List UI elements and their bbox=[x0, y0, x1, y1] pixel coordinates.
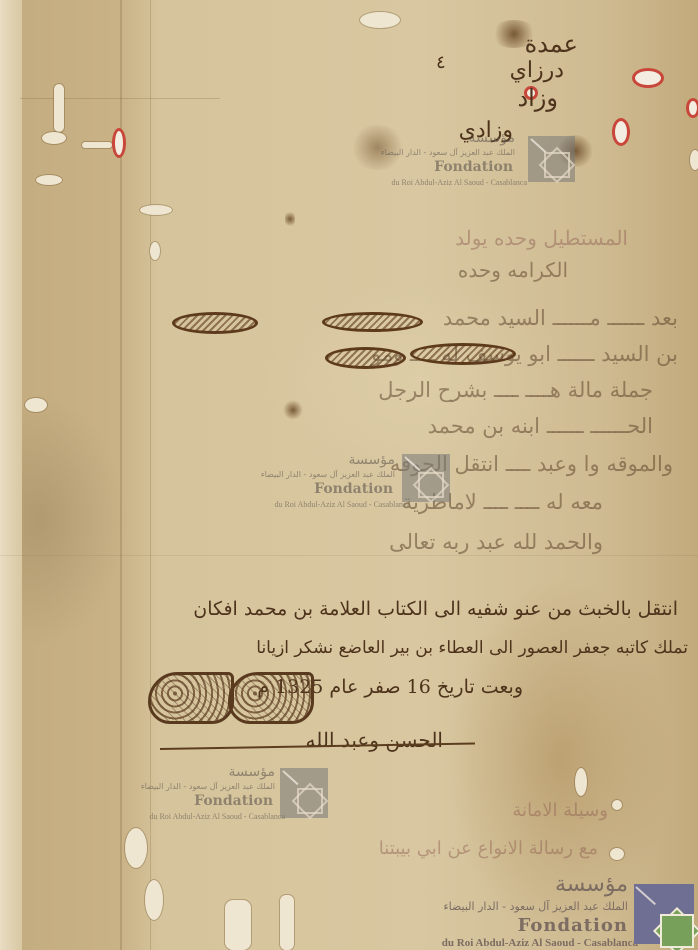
worm-hole bbox=[610, 848, 624, 860]
fondation-watermark-main: مؤسسة الملك عبد العزيز آل سعود - الدار ا… bbox=[400, 872, 698, 950]
watermark-french-title: Fondation bbox=[518, 915, 628, 936]
fondation-logo-icon bbox=[402, 454, 450, 502]
worm-hole bbox=[125, 828, 147, 868]
watermark-arabic-subtitle: الملك عبد العزيز آل سعود - الدار البيضاء bbox=[141, 782, 275, 791]
ink-stain bbox=[285, 210, 295, 228]
worm-hole bbox=[612, 800, 622, 810]
ink-stain bbox=[283, 400, 303, 420]
faint-line: المستطيل وحده يولد bbox=[455, 226, 628, 250]
note-line: عمدة bbox=[525, 30, 578, 58]
watermark-arabic-title: مؤسسة bbox=[555, 872, 628, 897]
body-line: الحــــــ ــــــ ابنه بن محمد bbox=[428, 414, 653, 438]
worm-hole bbox=[225, 900, 251, 950]
watermark-arabic-subtitle: الملك عبد العزيز آل سعود - الدار البيضاء bbox=[381, 148, 515, 157]
fondation-logo-icon bbox=[634, 884, 694, 944]
manuscript-page: عمدة درزاي وزاد وزادي ٤ المستطيل وحده يو… bbox=[0, 0, 698, 950]
watermark-french-title: Fondation bbox=[434, 159, 513, 175]
worm-hole bbox=[54, 84, 64, 132]
struck-out-word bbox=[322, 312, 423, 332]
horizontal-fold bbox=[0, 555, 698, 556]
watermark-arabic-title: مؤسسة bbox=[349, 452, 395, 468]
torn-left-edge bbox=[0, 0, 22, 950]
watermark-arabic-subtitle: الملك عبد العزيز آل سعود - الدار البيضاء bbox=[443, 900, 628, 913]
watermark-french-title: Fondation bbox=[194, 793, 273, 809]
body-line: جملة مالة هــــ ــــ بشرح الرجل bbox=[378, 378, 653, 402]
red-ink-mark bbox=[612, 118, 630, 146]
worm-hole bbox=[145, 880, 163, 920]
fondation-logo-icon bbox=[528, 136, 575, 182]
worm-hole bbox=[690, 150, 698, 170]
page-number: ٤ bbox=[436, 52, 446, 73]
fondation-watermark: مؤسسة الملك عبد العزيز آل سعود - الدار ا… bbox=[345, 130, 575, 190]
worm-hole bbox=[36, 175, 62, 185]
watermark-french-subtitle: du Roi Abdul-Aziz Al Saoud - Casablanca bbox=[274, 500, 410, 509]
fondation-watermark: مؤسسة الملك عبد العزيز آل سعود - الدار ا… bbox=[230, 452, 455, 512]
red-ink-mark bbox=[632, 68, 664, 88]
faint-line: الكرامه وحده bbox=[458, 258, 568, 282]
watermark-french-title: Fondation bbox=[314, 481, 393, 497]
seal-stamp bbox=[148, 672, 234, 724]
horizontal-fold bbox=[20, 98, 220, 99]
struck-out-word bbox=[172, 312, 258, 334]
watermark-arabic-subtitle: الملك عبد العزيز آل سعود - الدار البيضاء bbox=[261, 470, 395, 479]
seal-stamp bbox=[228, 672, 314, 724]
note-line: درزاي bbox=[510, 58, 564, 83]
worm-hole bbox=[82, 142, 112, 148]
faint-line: وسيلة الامانة bbox=[512, 800, 608, 821]
worm-hole bbox=[25, 398, 47, 412]
watermark-french-subtitle: du Roi Abdul-Aziz Al Saoud - Casablanca bbox=[442, 937, 638, 949]
worm-hole bbox=[360, 12, 400, 28]
watermark-arabic-title: مؤسسة bbox=[229, 764, 275, 780]
transfer-note-line: تملك كاتبه جعفر العصور الى العطاء بن بير… bbox=[256, 638, 688, 658]
faint-line: مع رسالة الانواع عن ابي بيبتنا bbox=[379, 838, 598, 859]
fondation-logo-icon bbox=[280, 768, 328, 818]
worm-hole bbox=[150, 242, 160, 260]
struck-out-word bbox=[410, 343, 516, 365]
body-line: والحمد لله عبد ربه تعالى bbox=[389, 530, 603, 554]
watermark-arabic-title: مؤسسة bbox=[469, 130, 515, 146]
watermark-french-subtitle: du Roi Abdul-Aziz Al Saoud - Casablanca bbox=[149, 812, 285, 821]
fondation-watermark: مؤسسة الملك عبد العزيز آل سعود - الدار ا… bbox=[120, 764, 330, 824]
watermark-french-subtitle: du Roi Abdul-Aziz Al Saoud - Casablanca bbox=[391, 178, 527, 187]
body-line: بعد ــــــ مــــــ السيد محمد bbox=[443, 306, 678, 330]
signature: الحسن وعبد الله bbox=[306, 728, 443, 752]
worm-hole bbox=[575, 768, 587, 796]
worm-hole bbox=[140, 205, 172, 215]
worm-hole bbox=[280, 895, 294, 950]
note-line: وزاد bbox=[517, 84, 558, 112]
red-ink-mark bbox=[686, 98, 698, 118]
red-ink-mark bbox=[112, 128, 126, 158]
transfer-note-line: انتقل بالخبث من عنو شفيه الى الكتاب العل… bbox=[193, 598, 678, 620]
struck-out-word bbox=[325, 347, 406, 369]
worm-hole bbox=[42, 132, 66, 144]
